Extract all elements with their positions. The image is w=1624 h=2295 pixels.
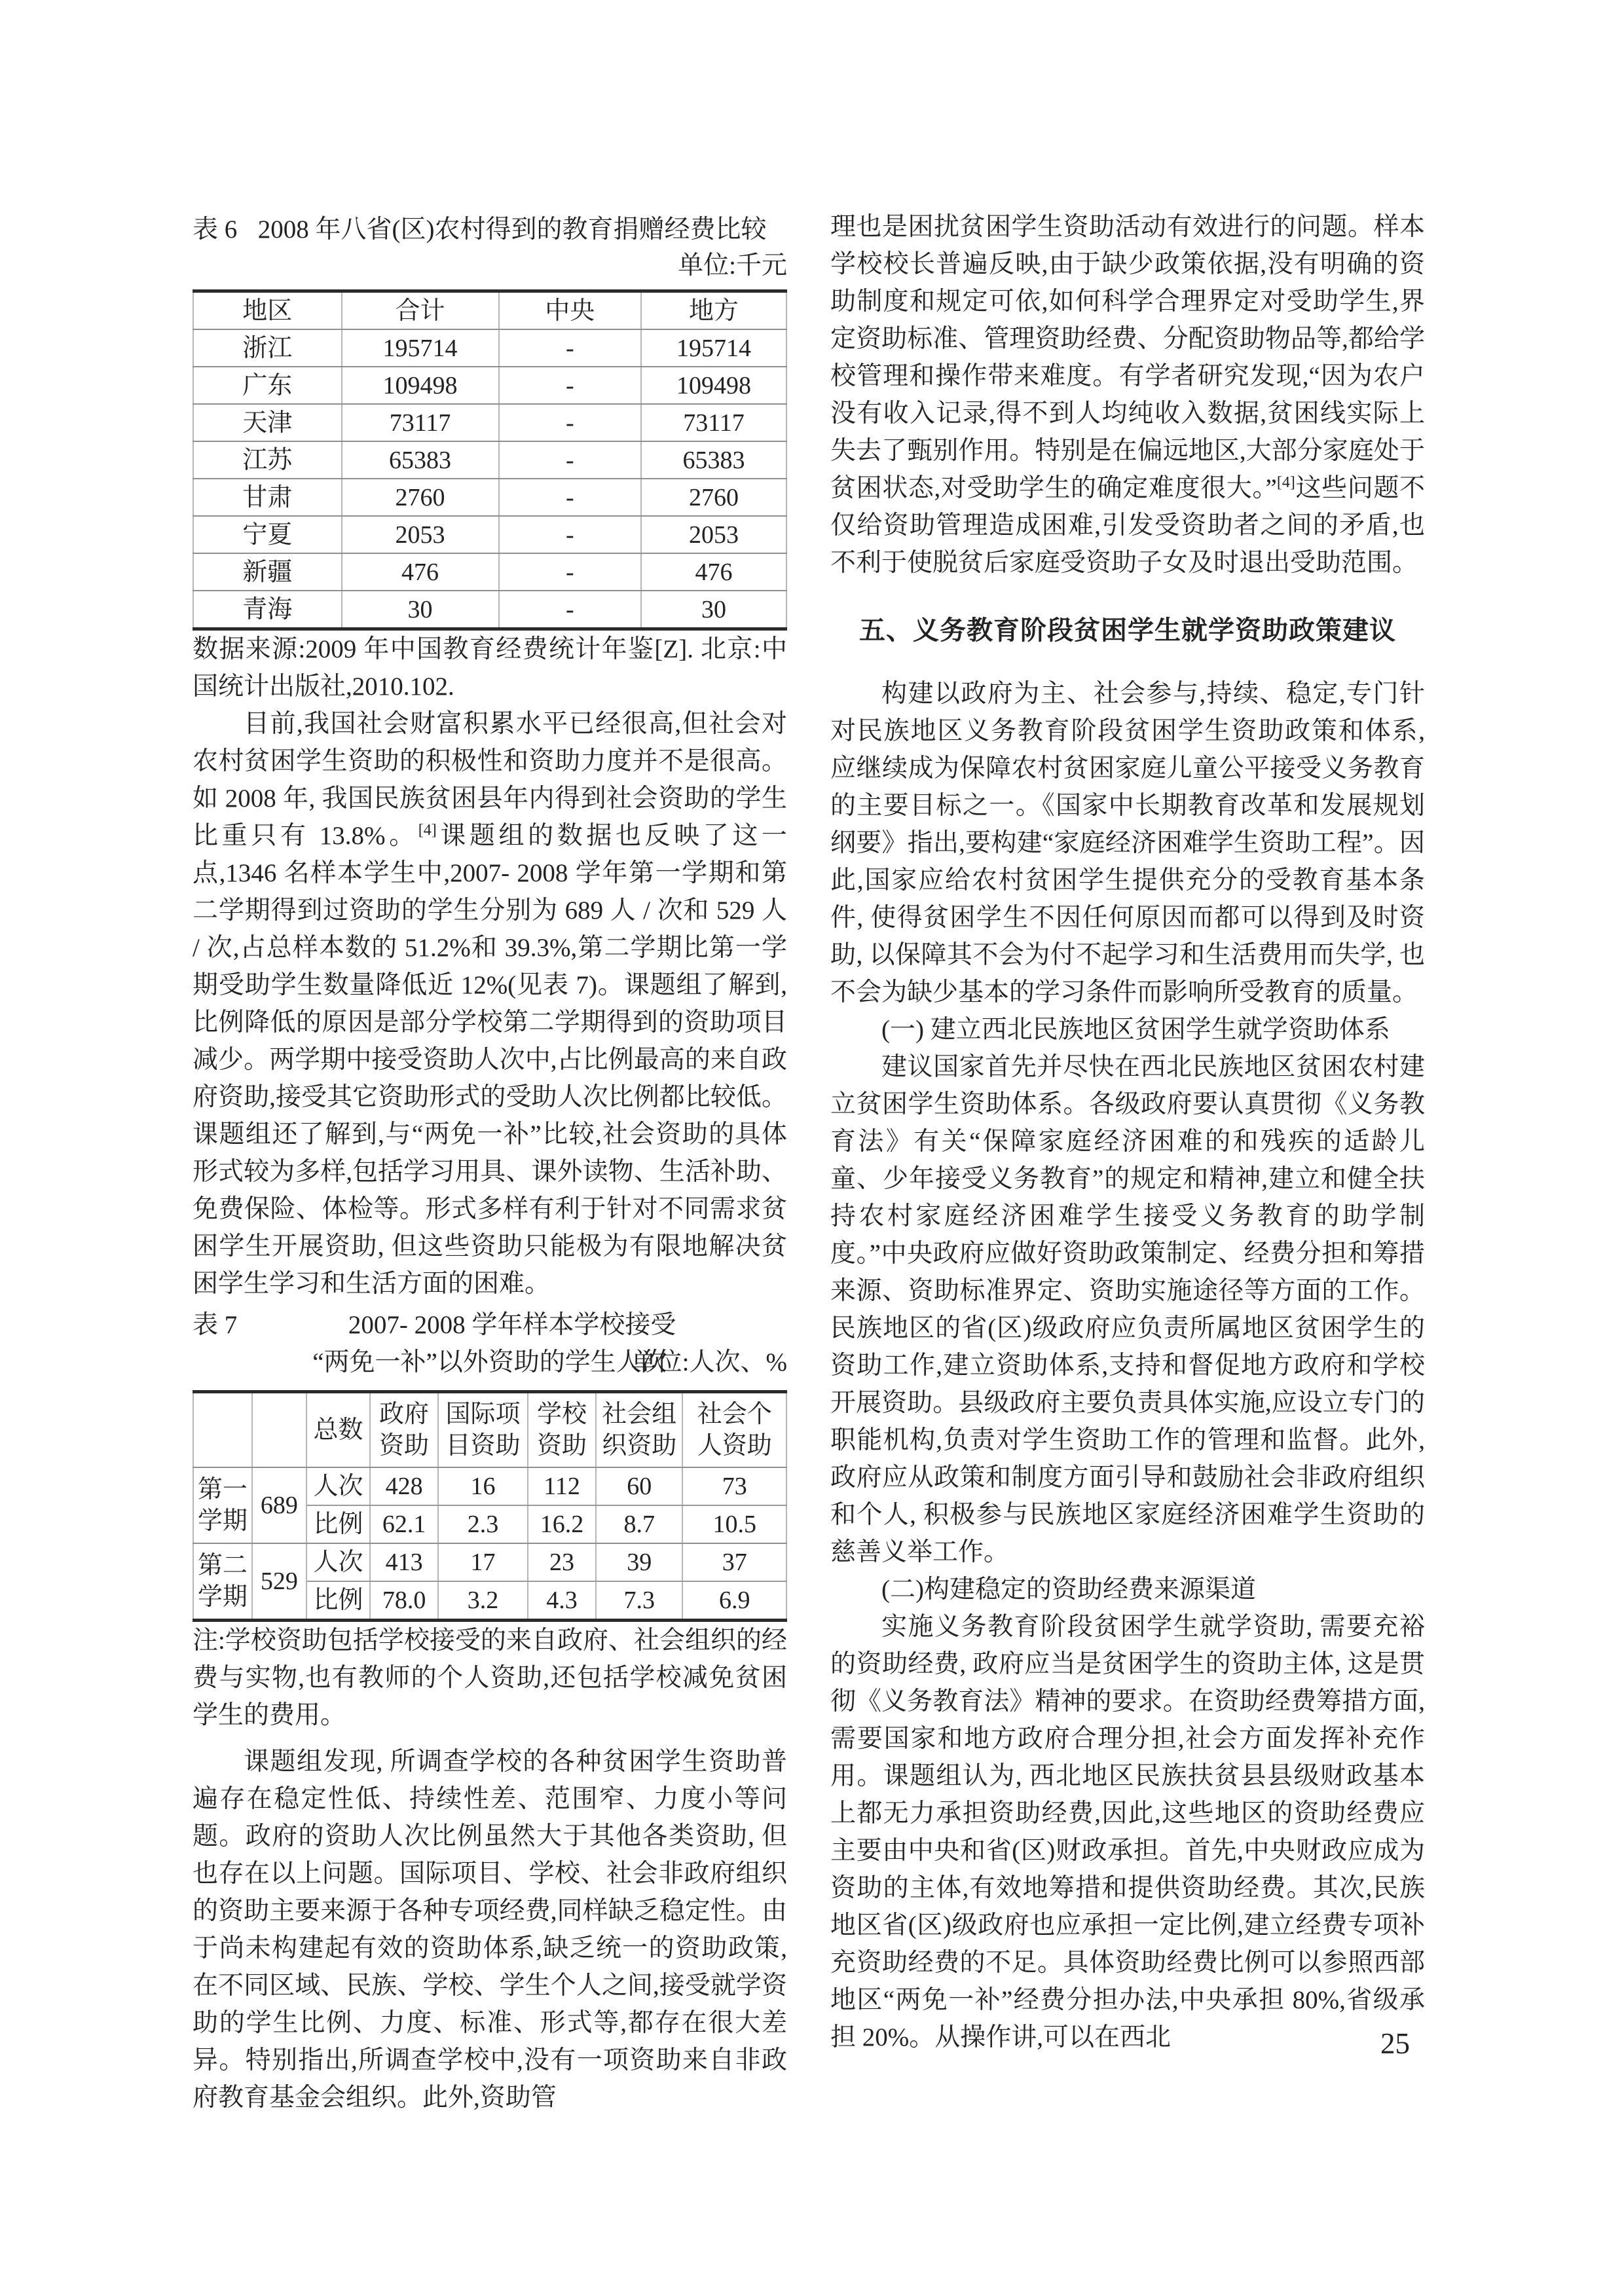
subsection-heading: (一) 建立西北民族地区贫困学生就学资助体系 [830,1011,1425,1048]
value-cell: 39 [596,1543,682,1581]
semester-total-cell: 689 [252,1467,306,1543]
table-row: 宁夏 2053 - 2053 [193,516,786,553]
total-cell: 65383 [342,441,499,479]
value-cell: 17 [438,1543,528,1581]
value-cell: 4.3 [528,1581,596,1621]
total-cell: 109498 [342,367,499,404]
table7-col-header: 国际项目资助 [438,1392,528,1468]
value-cell: 6.9 [682,1581,786,1621]
central-cell: - [499,553,641,591]
region-cell: 新疆 [193,553,342,591]
table7: 总数 政府资助 国际项目资助 学校资助 社会组织资助 社会个人资助 第一学期 6… [193,1390,787,1622]
paragraph: 课题组发现, 所调查学校的各种贫困学生资助普遍存在稳定性低、持续性差、范围窄、力… [193,1743,787,2116]
region-cell: 宁夏 [193,516,342,553]
value-cell: 2.3 [438,1505,528,1543]
table6-caption: 表 6 2008 年八省(区)农村得到的教育捐赠经费比较 [193,211,787,248]
paragraph: 建议国家首先并尽快在西北民族地区贫困农村建立贫困学生资助体系。各级政府要认真贯彻… [830,1048,1425,1571]
total-cell: 2760 [342,479,499,516]
value-cell: 3.2 [438,1581,528,1621]
table6-title: 2008 年八省(区)农村得到的教育捐赠经费比较 [237,211,787,248]
table6-col-header: 合计 [342,291,499,330]
table-row: 第一学期 689 人次 428 16 112 60 73 [193,1467,786,1505]
local-cell: 109498 [641,367,786,404]
table-row: 天津 73117 - 73117 [193,404,786,441]
table7-col-header: 总数 [306,1392,370,1468]
row-label-cell: 人次 [306,1467,370,1505]
table-row: 浙江 195714 - 195714 [193,329,786,367]
table6-source-note: 数据来源:2009 年中国教育经费统计年鉴[Z]. 北京:中国统计出版社,201… [193,631,787,705]
table7-col-header: 学校资助 [528,1392,596,1468]
table7-col-header: 社会个人资助 [682,1392,786,1468]
local-cell: 2053 [641,516,786,553]
table7-col-header: 政府资助 [370,1392,438,1468]
value-cell: 62.1 [370,1505,438,1543]
table7-note: 注:学校资助包括学校接受的来自政府、社会组织的经费与实物,也有教师的个人资助,还… [193,1622,787,1734]
local-cell: 476 [641,553,786,591]
empty-header-cell [193,1392,252,1468]
table7-caption: 表 7 2007- 2008 学年样本学校接受 “两免一补”以外资助的学生人次 … [193,1306,787,1381]
central-cell: - [499,516,641,553]
table6-col-header: 地方 [641,291,786,330]
row-label-cell: 比例 [306,1505,370,1543]
central-cell: - [499,479,641,516]
empty-header-cell [252,1392,306,1468]
central-cell: - [499,591,641,629]
local-cell: 73117 [641,404,786,441]
section-heading: 五、义务教育阶段贫困学生就学资助政策建议 [830,612,1425,649]
table6-label: 表 6 [193,211,237,248]
central-cell: - [499,441,641,479]
value-cell: 413 [370,1543,438,1581]
central-cell: - [499,329,641,367]
row-label-cell: 人次 [306,1543,370,1581]
region-cell: 天津 [193,404,342,441]
local-cell: 30 [641,591,786,629]
value-cell: 23 [528,1543,596,1581]
table7-header-row: 总数 政府资助 国际项目资助 学校资助 社会组织资助 社会个人资助 [193,1392,786,1468]
table6-header-row: 地区 合计 中央 地方 [193,291,786,330]
right-column: 理也是困扰贫困学生资助活动有效进行的问题。样本学校校长普遍反映,由于缺少政策依据… [830,208,1425,2056]
central-cell: - [499,367,641,404]
total-cell: 73117 [342,404,499,441]
paragraph: 理也是困扰贫困学生资助活动有效进行的问题。样本学校校长普遍反映,由于缺少政策依据… [830,208,1425,581]
paragraph: 构建以政府为主、社会参与,持续、稳定,专门针对民族地区义务教育阶段贫困学生资助政… [830,675,1425,1011]
table7-label: 表 7 [193,1306,237,1344]
total-cell: 476 [342,553,499,591]
semester-total-cell: 529 [252,1543,306,1621]
table7-title-line2: “两免一补”以外资助的学生人次 [312,1348,667,1376]
paragraph: 实施义务教育阶段贫困学生就学资助, 需要充裕的资助经费, 政府应当是贫困学生的资… [830,1608,1425,2056]
row-label-cell: 比例 [306,1581,370,1621]
table7-unit: 单位:人次、% [631,1344,787,1381]
table-row: 甘肃 2760 - 2760 [193,479,786,516]
region-cell: 浙江 [193,329,342,367]
footnote-ref: [4] [418,822,437,839]
region-cell: 甘肃 [193,479,342,516]
paper-page: 表 6 2008 年八省(区)农村得到的教育捐赠经费比较 单位:千元 地区 合计… [0,0,1624,2295]
local-cell: 2760 [641,479,786,516]
table6-col-header: 中央 [499,291,641,330]
total-cell: 2053 [342,516,499,553]
value-cell: 112 [528,1467,596,1505]
local-cell: 195714 [641,329,786,367]
table7-col-header: 社会组织资助 [596,1392,682,1468]
value-cell: 78.0 [370,1581,438,1621]
table-row: 江苏 65383 - 65383 [193,441,786,479]
semester-cell: 第一学期 [193,1467,252,1543]
total-cell: 195714 [342,329,499,367]
footnote-ref: [4] [1277,474,1295,491]
table-row: 青海 30 - 30 [193,591,786,629]
table-row: 第二学期 529 人次 413 17 23 39 37 [193,1543,786,1581]
value-cell: 60 [596,1467,682,1505]
value-cell: 7.3 [596,1581,682,1621]
page-number: 25 [1380,2027,1410,2060]
table6-unit: 单位:千元 [193,248,787,283]
subsection-heading: (二)构建稳定的资助经费来源渠道 [830,1571,1425,1608]
table-row: 广东 109498 - 109498 [193,367,786,404]
table6-col-header: 地区 [193,291,342,330]
value-cell: 37 [682,1543,786,1581]
semester-cell: 第二学期 [193,1543,252,1621]
table7-title-line1: 2007- 2008 学年样本学校接受 [237,1306,787,1344]
region-cell: 青海 [193,591,342,629]
value-cell: 8.7 [596,1505,682,1543]
central-cell: - [499,404,641,441]
total-cell: 30 [342,591,499,629]
table6: 地区 合计 中央 地方 浙江 195714 - 195714 广东 109498… [193,289,787,631]
region-cell: 江苏 [193,441,342,479]
value-cell: 428 [370,1467,438,1505]
value-cell: 10.5 [682,1505,786,1543]
paragraph: 目前,我国社会财富积累水平已经很高,但社会对农村贫困学生资助的积极性和资助力度并… [193,705,787,1302]
value-cell: 16.2 [528,1505,596,1543]
table-row: 新疆 476 - 476 [193,553,786,591]
value-cell: 73 [682,1467,786,1505]
region-cell: 广东 [193,367,342,404]
local-cell: 65383 [641,441,786,479]
value-cell: 16 [438,1467,528,1505]
left-column: 表 6 2008 年八省(区)农村得到的教育捐赠经费比较 单位:千元 地区 合计… [193,211,787,2116]
